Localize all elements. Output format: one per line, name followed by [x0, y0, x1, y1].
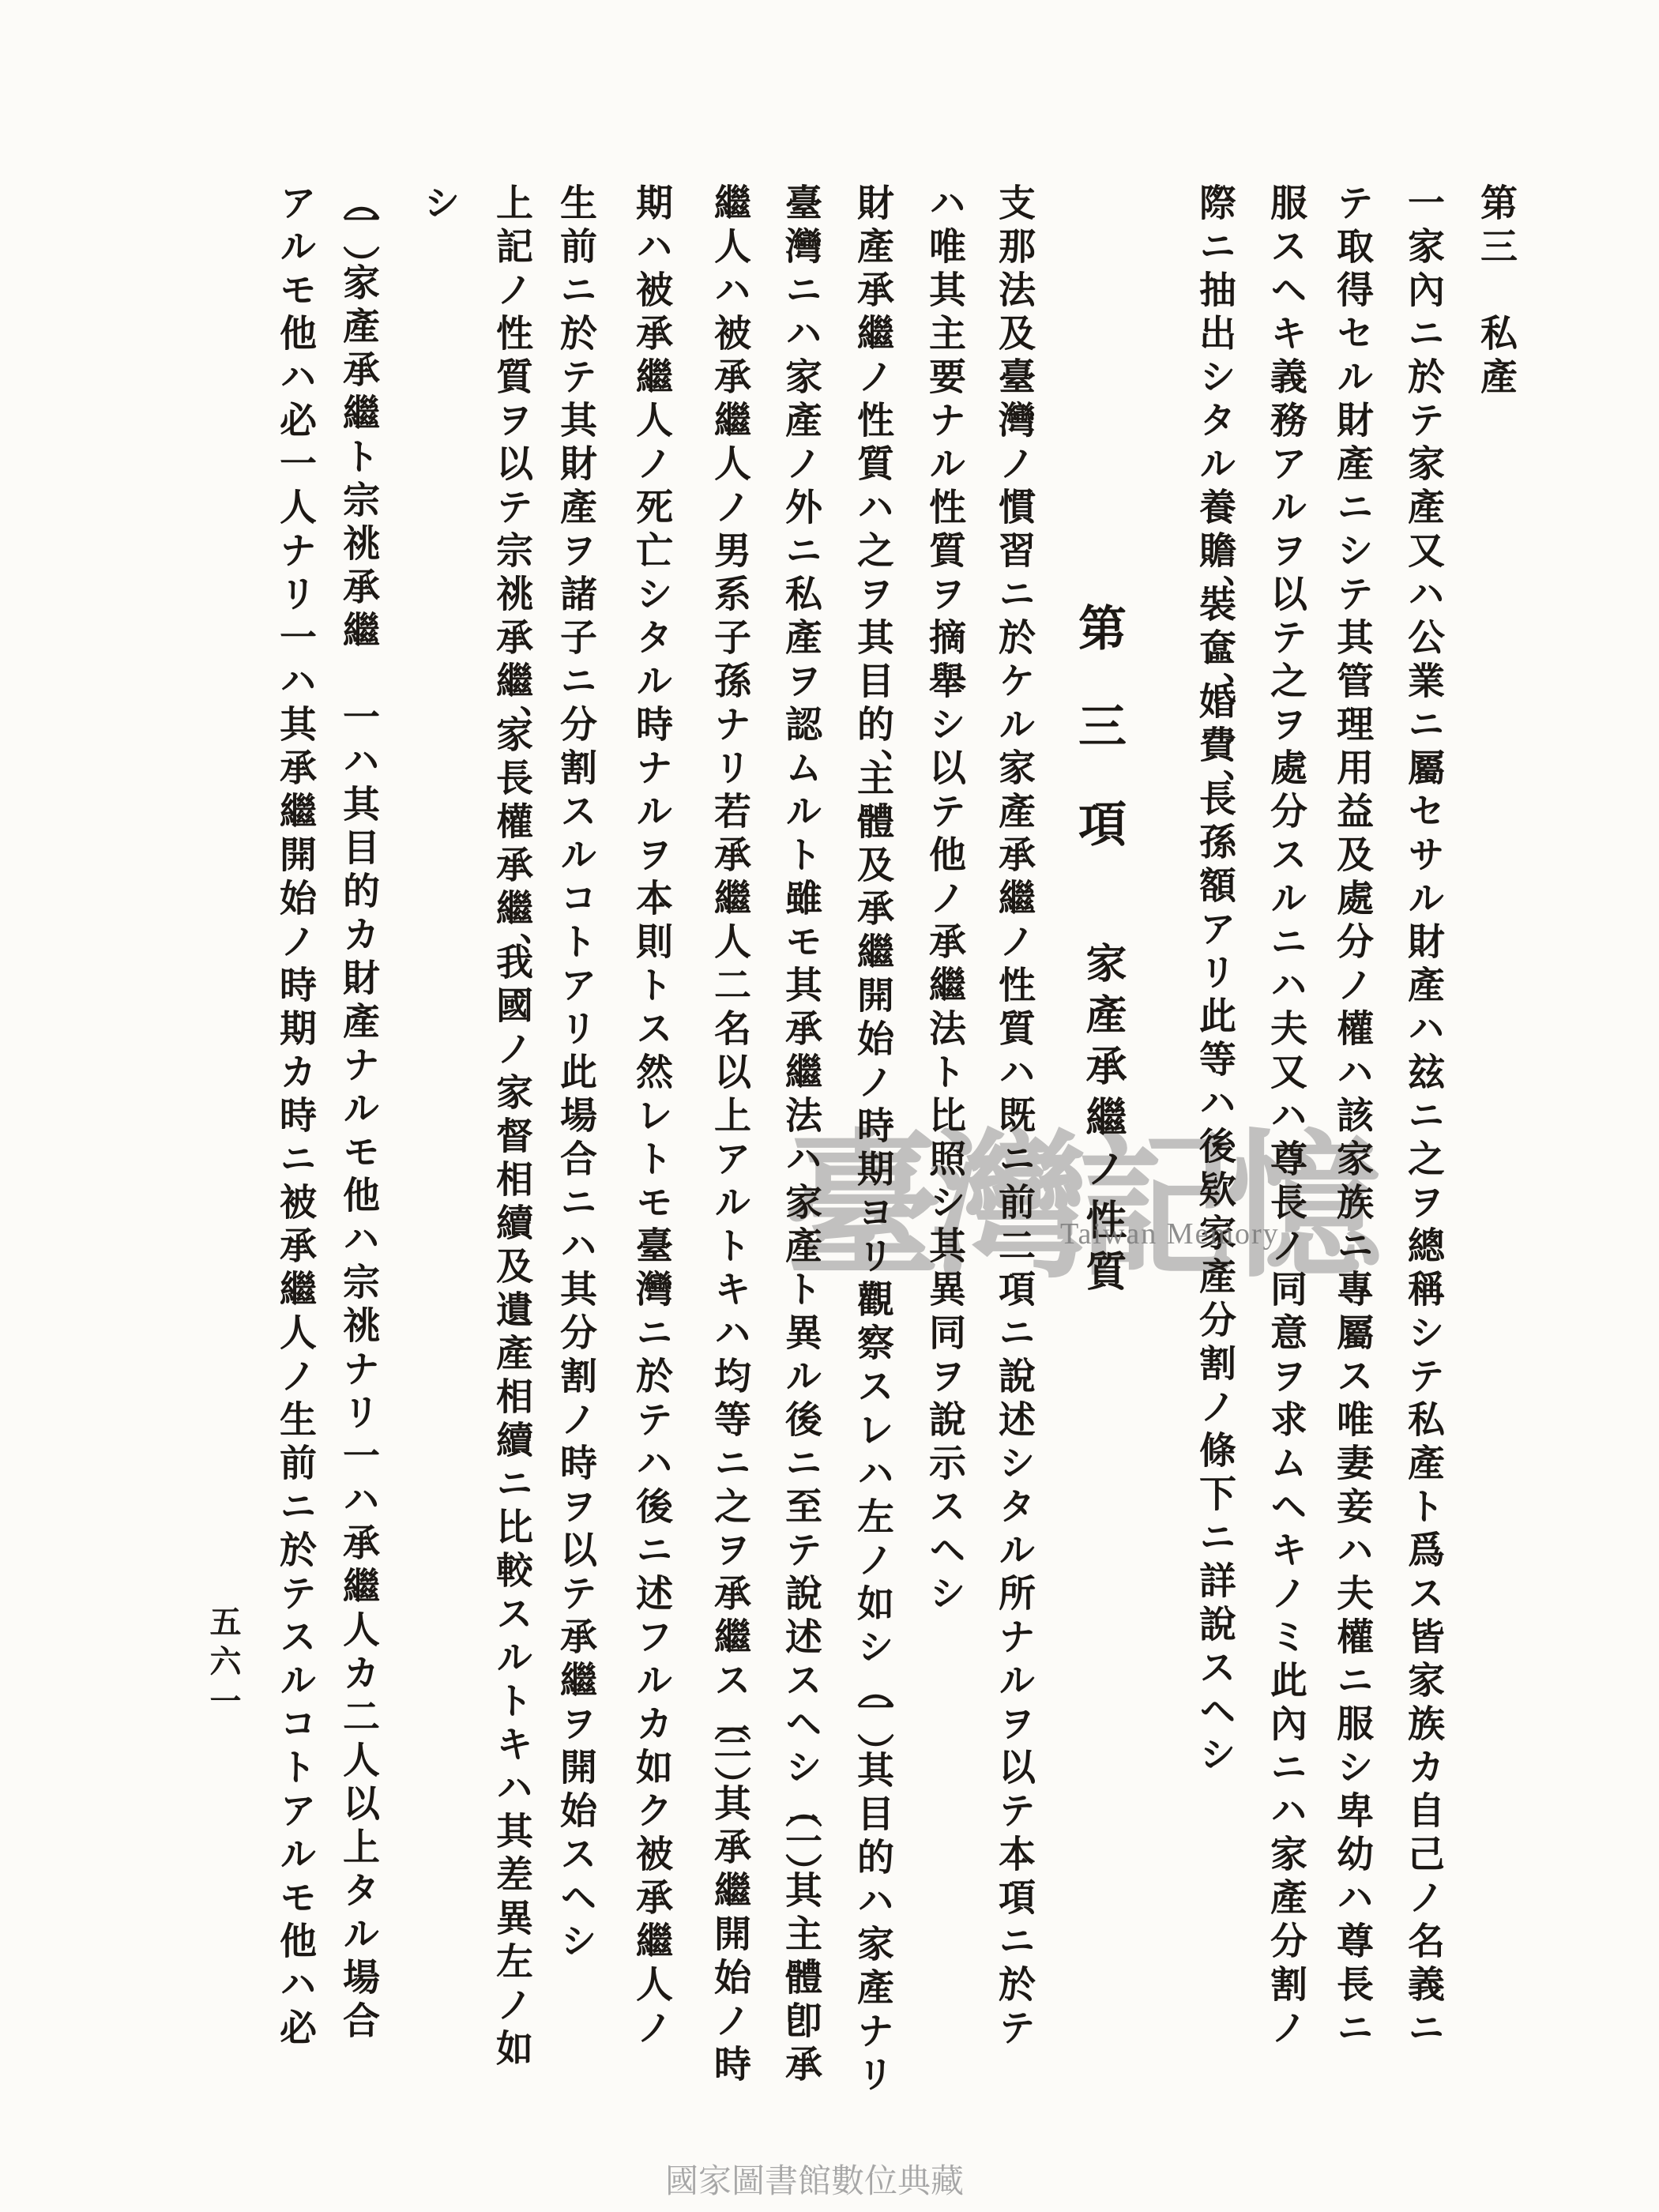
subsection-number: 第三項 — [1077, 603, 1119, 897]
body-line-3: 財產承繼ノ性質ハ之ヲ其目的、主體及承繼開始ノ時期ヨリ觀察スレハ左ノ如シ（一）其目… — [851, 183, 893, 2098]
intro-line-4: 際ニ抽出シタル養贍、裝奩、婚費、長孫額アリ此等ハ後欵家產分割ノ條下ニ詳說スヘシ — [1193, 183, 1236, 1778]
intro-line-3: 服スヘキ義務アルヲ以テ之ヲ處分スルニハ夫又ハ尊長ノ同意ヲ求ムヘキノミ此內ニハ家產… — [1264, 183, 1307, 2052]
body-line-2: ハ唯其主要ナル性質ヲ摘舉シ以テ他ノ承繼法ト比照シ其異同ヲ說示スヘシ — [923, 183, 965, 1617]
page-number: 五六一 — [201, 1605, 244, 1724]
body-line-7: 生前ニ於テ其財產ヲ諸子ニ分割スルコトアリ此場合ニハ其分割ノ時ヲ以テ承繼ヲ開始スヘ… — [554, 183, 596, 1965]
body-line-4: 臺灣ニハ家產ノ外ニ私產ヲ認ムルト雖モ其承繼法ハ家產ト異ル後ニ至テ說述スヘシ（二）… — [779, 183, 822, 2088]
body-line-10: （一）家產承繼ト宗祧承繼 一ハ其目的カ財產ナルモ他ハ宗祧ナリ一ハ承繼人カ二人以上… — [337, 183, 379, 2045]
intro-line-1: 一家內ニ於テ家產又ハ公業ニ屬セサル財產ハ玆ニ之ヲ總稱シテ私產ト爲ス皆家族カ自己ノ… — [1401, 183, 1444, 2052]
body-line-5: 繼人ハ被承繼人ノ男系子孫ナリ若承繼人二名以上アルトキハ均等ニ之ヲ承繼ス（三）其承… — [708, 183, 750, 2088]
body-line-11: アルモ他ハ必一人ナリ一ハ其承繼開始ノ時期カ時ニ被承繼人ノ生前ニ於テスルコトアルモ… — [273, 183, 316, 2052]
body-line-1: 支那法及臺灣ノ慣習ニ於ケル家產承繼ノ性質ハ既ニ前二項ニ說述シタル所ナルヲ以テ本項… — [992, 183, 1035, 2052]
body-line-6: 期ハ被承繼人ノ死亡シタル時ナルヲ本則トス然レトモ臺灣ニ於テハ後ニ述フルカ如ク被承… — [630, 183, 672, 2052]
watermark-library-bottom: 國家圖書館數位典藏 — [665, 2155, 964, 2203]
section-heading: 第三 私產 — [1474, 183, 1517, 401]
body-line-9: シ — [417, 183, 460, 227]
body-line-8: 上記ノ性質ヲ以テ宗祧承繼、家長權承繼、我國ノ家督相續及遺產相續ニ比較スルトキハ其… — [490, 183, 532, 2072]
scanned-page: 臺灣記憶 第三 私產 一家內ニ於テ家產又ハ公業ニ屬セサル財產ハ玆ニ之ヲ總稱シテ私… — [0, 0, 1659, 2212]
intro-line-2: テ取得セル財產ニシテ其管理用益及處分ノ權ハ該家族ニ專屬ス唯妻妾ハ夫權ニ服シ卑幼ハ… — [1330, 183, 1373, 2052]
watermark-taiwan-memory-latin: Taiwan Memory — [1060, 1217, 1280, 1251]
